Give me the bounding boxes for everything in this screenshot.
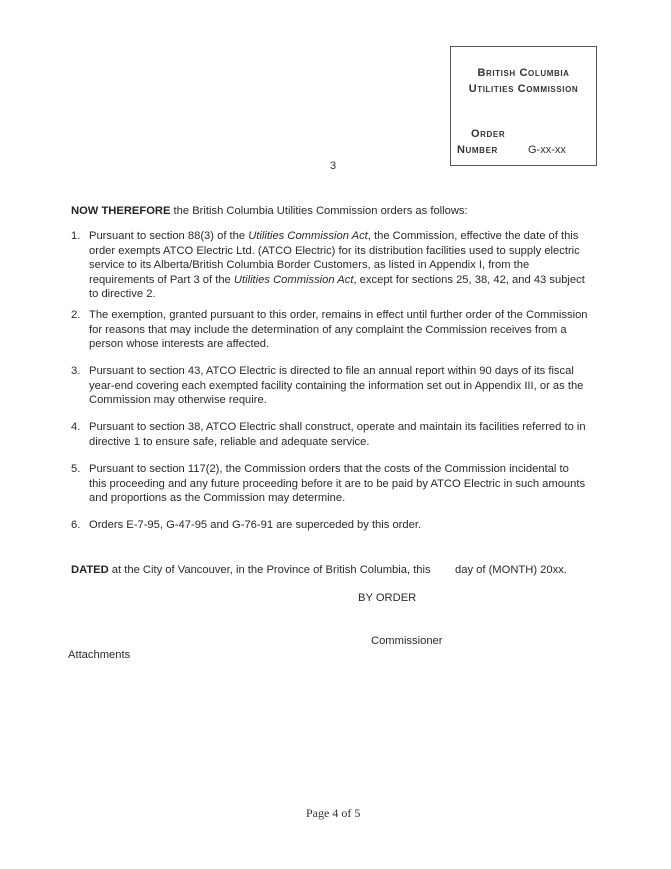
directive-number: 1. bbox=[71, 229, 80, 244]
directive-text: Orders E-7-95, G-47-95 and G-76-91 are s… bbox=[89, 518, 589, 533]
attachments-label: Attachments bbox=[68, 648, 130, 663]
day-of-month: day of (MONTH) 20xx. bbox=[455, 563, 567, 578]
directive-number: 4. bbox=[71, 420, 80, 435]
directive-number: 2. bbox=[71, 308, 80, 323]
page-footer: Page 4 of 5 bbox=[306, 806, 360, 821]
directive-number: 5. bbox=[71, 462, 80, 477]
directive-number: 6. bbox=[71, 518, 80, 533]
order-number-box: British Columbia Utilities Commission Or… bbox=[450, 46, 597, 166]
number-label: Number bbox=[457, 144, 498, 156]
directive-text: The exemption, granted pursuant to this … bbox=[89, 308, 589, 352]
intro-text: the British Columbia Utilities Commissio… bbox=[170, 205, 467, 217]
dated-bold: DATED bbox=[71, 564, 109, 576]
order-number-value: G-xx-xx bbox=[528, 144, 566, 156]
directive-number: 3. bbox=[71, 364, 80, 379]
directive-text: Pursuant to section 88(3) of the Utiliti… bbox=[89, 229, 589, 302]
directive-text: Pursuant to section 43, ATCO Electric is… bbox=[89, 364, 589, 408]
by-order: BY ORDER bbox=[358, 591, 416, 606]
intro-bold: NOW THEREFORE bbox=[71, 205, 170, 217]
dated-line: DATED at the City of Vancouver, in the P… bbox=[71, 563, 431, 578]
order-label: Order bbox=[471, 128, 505, 140]
intro-paragraph: NOW THEREFORE the British Columbia Utili… bbox=[71, 204, 468, 219]
directive-text: Pursuant to section 38, ATCO Electric sh… bbox=[89, 420, 589, 449]
commissioner-signature-label: Commissioner bbox=[371, 634, 443, 649]
box-title-line1: British Columbia bbox=[451, 67, 596, 79]
box-title-line2: Utilities Commission bbox=[451, 83, 596, 95]
top-page-number: 3 bbox=[330, 160, 336, 172]
directive-text: Pursuant to section 117(2), the Commissi… bbox=[89, 462, 589, 506]
dated-text: at the City of Vancouver, in the Provinc… bbox=[109, 564, 431, 576]
